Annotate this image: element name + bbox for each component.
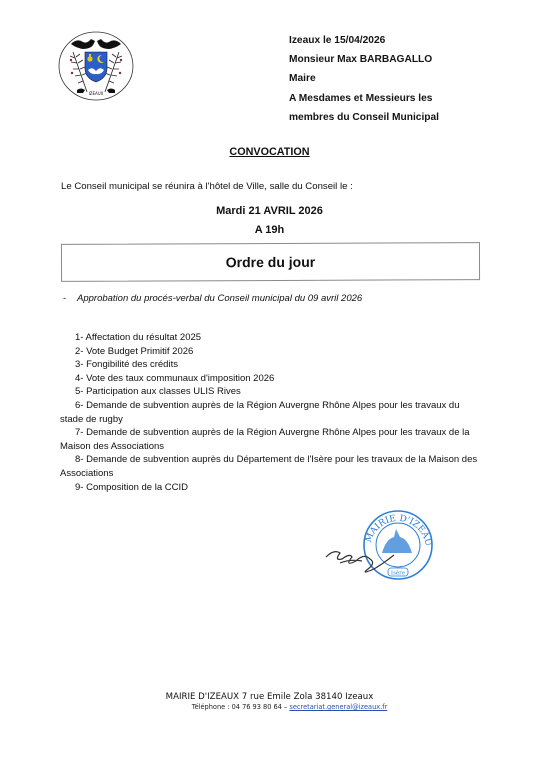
intro-text: Le Conseil municipal se réunira à l'hôte… [61,181,353,192]
footer: MAIRIE D'IZEAUX 7 rue Emile Zola 38140 I… [0,692,539,711]
addressee-line-1: A Mesdames et Messieurs les [289,89,439,108]
approval-item: -Approbation du procés-verbal du Conseil… [63,293,362,304]
agenda-item: 7- Demande de subvention auprès de la Ré… [60,426,485,453]
footer-address: MAIRIE D'IZEAUX 7 rue Emile Zola 38140 I… [0,692,539,702]
agenda-item: 5- Participation aux classes ULIS Rives [60,385,485,399]
agenda-item: 4- Vote des taux communaux d'imposition … [60,372,485,386]
agenda-heading: Ordre du jour [226,254,316,270]
addressee-line-2: membres du Conseil Municipal [289,108,439,127]
recipient-block: Izeaux le 15/04/2026 Monsieur Max BARBAG… [289,31,439,127]
bullet-dash: - [63,293,77,304]
municipal-coat-of-arms-icon: IZEAUX [57,30,135,102]
agenda-item: 1- Affectation du résultat 2025 [60,331,485,345]
agenda-item: 9- Composition de la CCID [60,481,485,495]
agenda-list: 1- Affectation du résultat 2025 2- Vote … [60,331,485,494]
svg-text:MAIRIE D'IZEAUX: MAIRIE D'IZEAUX [318,505,433,547]
meeting-date: Mardi 21 AVRIL 2026 [0,205,539,217]
svg-text:Isère: Isère [391,570,405,577]
agenda-item: 8- Demande de subvention auprès du Dépar… [60,453,485,480]
sender-name: Monsieur Max BARBAGALLO [289,50,439,69]
document-title: CONVOCATION [0,146,539,158]
sender-title: Maire [289,69,439,88]
svg-text:IZEAUX: IZEAUX [89,91,104,96]
agenda-item: 6- Demande de subvention auprès de la Ré… [60,399,485,426]
footer-contact: Téléphone : 04 76 93 80 64 – secretariat… [0,703,539,711]
agenda-heading-box: Ordre du jour [61,242,480,282]
date-place-line: Izeaux le 15/04/2026 [289,31,439,50]
meeting-time: A 19h [0,224,539,236]
signature-stamp: MAIRIE D'IZEAUX Isère [318,505,438,585]
footer-email-link[interactable]: secretariat.general@izeaux.fr [289,703,387,711]
footer-phone: Téléphone : 04 76 93 80 64 – [192,703,290,711]
agenda-item: 3- Fongibilité des crédits [60,358,485,372]
approval-text: Approbation du procés-verbal du Conseil … [77,293,362,304]
agenda-item: 2- Vote Budget Primitif 2026 [60,345,485,359]
